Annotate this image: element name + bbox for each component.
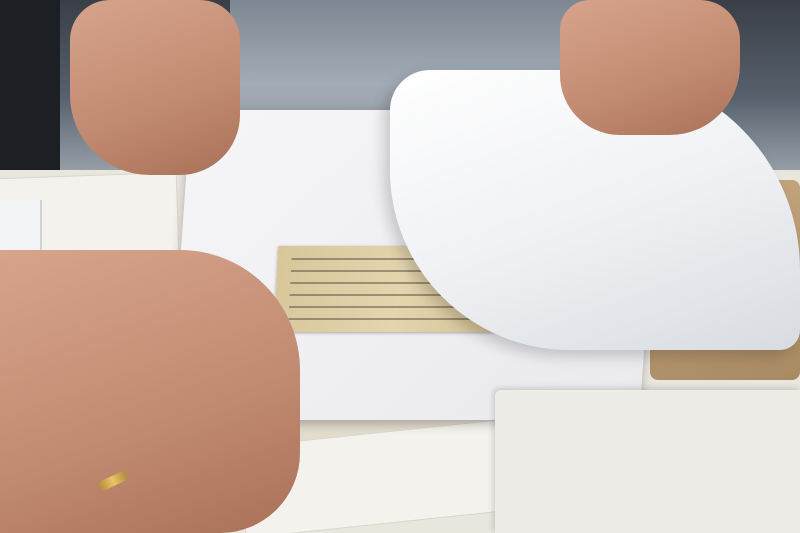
photo-scene: [0, 0, 800, 533]
hand-top-left: [70, 0, 240, 175]
printed-document: [495, 390, 800, 533]
hand-bottom-left: [0, 250, 300, 533]
hand-top-right: [560, 0, 740, 135]
